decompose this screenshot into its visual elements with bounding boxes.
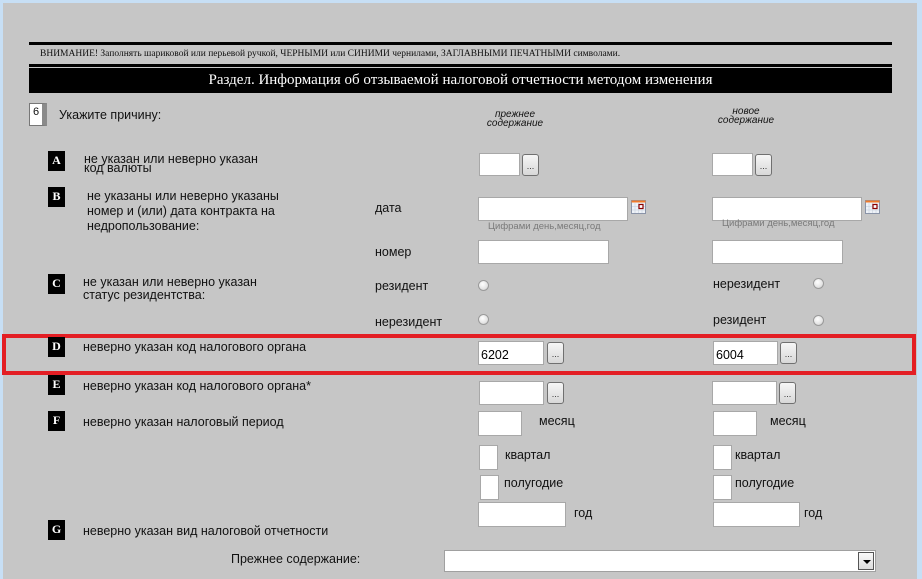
reason-c-old-option1-label: резидент <box>375 279 428 293</box>
reason-d-old-input[interactable] <box>478 341 544 365</box>
reason-f-new-year-input[interactable] <box>713 502 800 527</box>
report-type-select[interactable] <box>444 550 876 572</box>
reason-b-label: не указаны или неверно указаны номер и (… <box>87 189 279 234</box>
reason-e-new-browse-button[interactable]: ... <box>779 382 796 404</box>
column-header-new-line2: содержание <box>706 116 786 125</box>
reason-c-old-option2-label: нерезидент <box>375 315 442 329</box>
reason-b-number-label: номер <box>375 245 411 259</box>
reason-d-new-input[interactable] <box>713 341 778 365</box>
reason-g-prev-label: Прежнее содержание: <box>231 552 360 566</box>
reason-f-new-halfyear-input[interactable] <box>713 475 732 500</box>
reason-b-line2: номер и (или) дата контракта на <box>87 204 279 219</box>
reason-b-new-date-hint: Цифрами день,месяц,год <box>722 218 835 229</box>
field-number: 6 <box>29 103 47 126</box>
reason-letter-a: A <box>48 151 65 171</box>
reason-d-old-browse-button[interactable]: ... <box>547 342 564 364</box>
reason-b-new-number-input[interactable] <box>712 240 843 264</box>
reason-letter-b: B <box>48 187 65 207</box>
reason-a-old-input[interactable] <box>479 153 520 176</box>
reason-c-old-option1-radio[interactable] <box>478 280 489 291</box>
reason-letter-e: E <box>48 375 65 395</box>
reason-f-old-halfyear-label: полугодие <box>504 476 563 490</box>
reason-b-old-number-input[interactable] <box>478 240 609 264</box>
reason-d-new-browse-button[interactable]: ... <box>780 342 797 364</box>
reason-f-new-month-label: месяц <box>770 414 806 428</box>
reason-c-new-option2-radio[interactable] <box>813 315 824 326</box>
reason-e-new-input[interactable] <box>712 381 777 405</box>
reason-f-new-month-input[interactable] <box>713 411 757 436</box>
reason-a-old-browse-button[interactable]: ... <box>522 154 539 176</box>
reason-prompt: Укажите причину: <box>59 108 161 122</box>
reason-b-old-date-hint: Цифрами день,месяц,год <box>488 221 601 232</box>
reason-f-old-year-label: год <box>574 506 592 520</box>
reason-f-new-quarter-input[interactable] <box>713 445 732 470</box>
reason-c-new-option1-radio[interactable] <box>813 278 824 289</box>
reason-letter-c: C <box>48 274 65 294</box>
top-rule <box>29 42 892 45</box>
section-title: Раздел. Информация об отзываемой налогов… <box>29 68 892 93</box>
reason-f-new-year-label: год <box>804 506 822 520</box>
reason-f-new-quarter-label: квартал <box>735 448 780 462</box>
reason-letter-d: D <box>48 337 65 357</box>
reason-f-old-halfyear-input[interactable] <box>480 475 499 500</box>
reason-f-old-year-input[interactable] <box>478 502 566 527</box>
calendar-icon[interactable] <box>865 200 880 214</box>
column-header-old-line2: содержание <box>475 119 555 128</box>
reason-f-old-quarter-label: квартал <box>505 448 550 462</box>
reason-d-label: неверно указан код налогового органа <box>83 341 306 354</box>
reason-f-old-month-label: месяц <box>539 414 575 428</box>
column-header-old: прежнее содержание <box>475 110 555 128</box>
column-header-new: новое содержание <box>706 107 786 125</box>
reason-g-label: неверно указан вид налоговой отчетности <box>83 525 328 538</box>
reason-f-new-halfyear-label: полугодие <box>735 476 794 490</box>
reason-letter-g: G <box>48 520 65 540</box>
reason-e-label: неверно указан код налогового органа* <box>83 380 311 393</box>
reason-a-label: не указан или неверно указан код валюты <box>84 153 258 175</box>
reason-f-old-month-input[interactable] <box>478 411 522 436</box>
chevron-down-icon[interactable] <box>858 552 874 570</box>
reason-f-label: неверно указан налоговый период <box>83 416 284 429</box>
reason-c-new-option1-label: нерезидент <box>713 277 780 291</box>
reason-b-line1: не указаны или неверно указаны <box>87 189 279 204</box>
reason-b-old-date-input[interactable] <box>478 197 628 221</box>
reason-c-line2: статус резидентства: <box>83 289 257 302</box>
reason-letter-f: F <box>48 411 65 431</box>
reason-a-new-input[interactable] <box>712 153 753 176</box>
reason-a-new-browse-button[interactable]: ... <box>755 154 772 176</box>
reason-b-line3: недропользование: <box>87 219 279 234</box>
reason-c-old-option2-radio[interactable] <box>478 314 489 325</box>
reason-e-old-input[interactable] <box>479 381 544 405</box>
reason-c-new-option2-label: резидент <box>713 313 766 327</box>
reason-b-date-label: дата <box>375 201 402 215</box>
reason-f-old-quarter-input[interactable] <box>479 445 498 470</box>
warning-text: ВНИМАНИЕ! Заполнять шариковой или перьев… <box>40 49 620 59</box>
header-rule <box>29 64 892 67</box>
reason-c-label: не указан или неверно указан статус рези… <box>83 276 257 302</box>
calendar-icon[interactable] <box>631 200 646 214</box>
reason-e-old-browse-button[interactable]: ... <box>547 382 564 404</box>
